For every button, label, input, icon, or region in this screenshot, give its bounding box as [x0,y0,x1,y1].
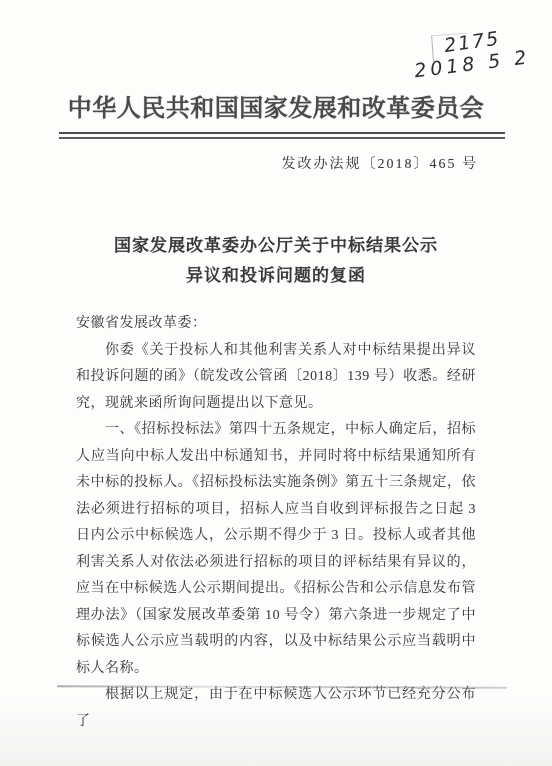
document-title-line1: 国家发展改革委办公厅关于中标结果公示 [0,231,552,261]
document-title-line2: 异议和投诉问题的复函 [0,261,552,291]
agency-letterhead: 中华人民共和国国家发展和改革委员会 [0,88,552,123]
scanned-document-page: 2175 2018 5 2 中华人民共和国国家发展和改革委员会 发改办法规〔20… [0,0,552,766]
handwritten-registration-note: 2175 2018 5 2 [398,26,532,81]
body-paragraph-2: 一、《招标投标法》第四十五条规定，中标人确定后，招标人应当向中标人发出中标通知书… [76,417,476,682]
body-paragraph-3: 根据以上规定，由于在中标候选人公示环节已经充分公布了 [76,682,476,735]
document-number: 发改办法规〔2018〕465 号 [282,153,479,173]
letter-body: 安徽省发展改革委： 你委《关于投标人和其他利害关系人对中标结果提出异议和投诉问题… [76,311,476,735]
recipient-salutation: 安徽省发展改革委： [76,311,476,338]
body-paragraph-1: 你委《关于投标人和其他利害关系人对中标结果提出异议和投诉问题的函》（皖发改公管函… [76,338,476,418]
letterhead-divider [59,132,505,139]
document-title: 国家发展改革委办公厅关于中标结果公示 异议和投诉问题的复函 [0,231,552,291]
